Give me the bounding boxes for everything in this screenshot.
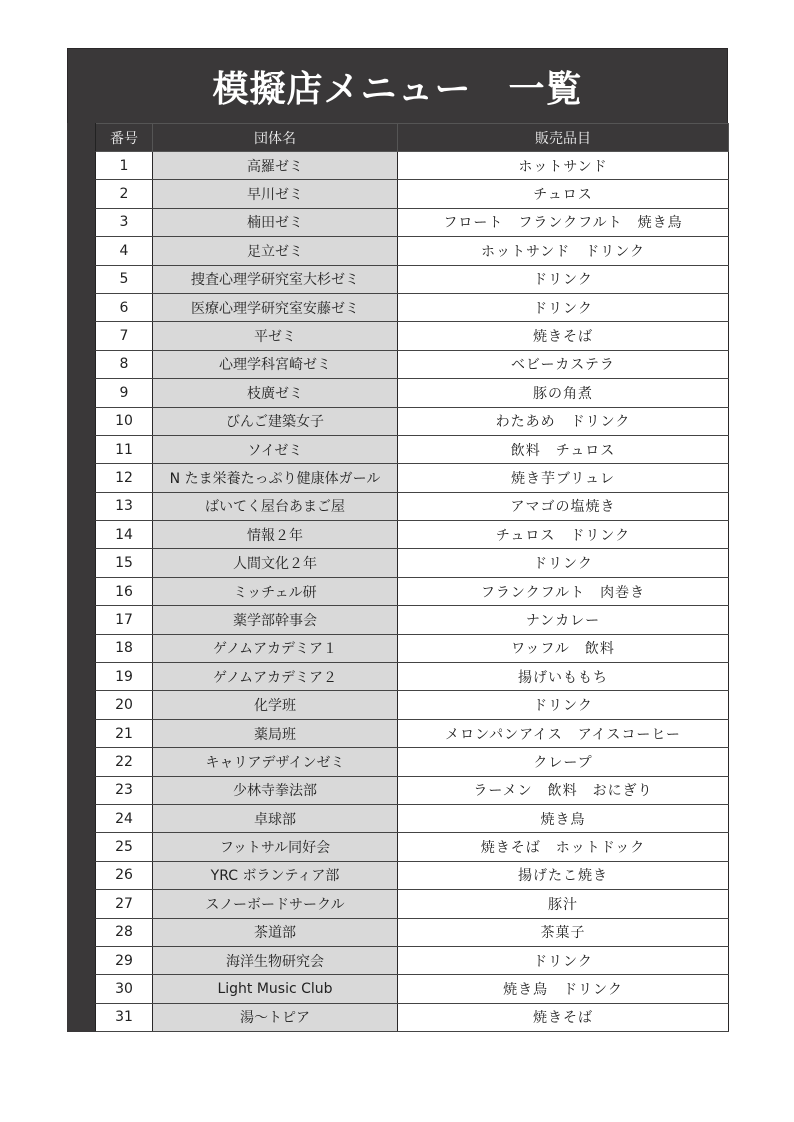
row-gutter <box>68 918 96 946</box>
row-gutter <box>68 492 96 520</box>
row-number: 23 <box>96 776 153 804</box>
sale-items: ワッフル 飲料 <box>398 634 729 662</box>
row-gutter <box>68 180 96 208</box>
group-name: 枝廣ゼミ <box>153 379 398 407</box>
group-name: ばいてく屋台あまご屋 <box>153 492 398 520</box>
row-gutter <box>68 577 96 605</box>
row-gutter <box>68 634 96 662</box>
group-name: 茶道部 <box>153 918 398 946</box>
table-row: 6医療心理学研究室安藤ゼミドリンク <box>68 293 729 321</box>
group-name: ゲノムアカデミア１ <box>153 634 398 662</box>
row-gutter <box>68 435 96 463</box>
row-number: 2 <box>96 180 153 208</box>
sale-items: ホットサンド ドリンク <box>398 237 729 265</box>
row-gutter <box>68 464 96 492</box>
header-items: 販売品目 <box>398 124 729 152</box>
sale-items: 焼きそば <box>398 322 729 350</box>
group-name: YRC ボランティア部 <box>153 861 398 889</box>
table-row: 25フットサル同好会焼きそば ホットドック <box>68 833 729 861</box>
row-number: 24 <box>96 804 153 832</box>
row-gutter <box>68 549 96 577</box>
row-gutter <box>68 152 96 180</box>
row-number: 22 <box>96 748 153 776</box>
sale-items: 焼き鳥 ドリンク <box>398 975 729 1003</box>
group-name: キャリアデザインゼミ <box>153 748 398 776</box>
group-name: 少林寺拳法部 <box>153 776 398 804</box>
table-row: 23少林寺拳法部ラーメン 飲料 おにぎり <box>68 776 729 804</box>
row-number: 16 <box>96 577 153 605</box>
row-gutter <box>68 606 96 634</box>
group-name: 足立ゼミ <box>153 237 398 265</box>
table-row: 22キャリアデザインゼミクレープ <box>68 748 729 776</box>
group-name: 高羅ゼミ <box>153 152 398 180</box>
row-number: 17 <box>96 606 153 634</box>
group-name: スノーボードサークル <box>153 890 398 918</box>
group-name: 心理学科宮崎ゼミ <box>153 350 398 378</box>
row-number: 19 <box>96 663 153 691</box>
sale-items: ベビーカステラ <box>398 350 729 378</box>
title-band: 模擬店メニュー 一覧 <box>67 48 728 123</box>
row-number: 10 <box>96 407 153 435</box>
header-number: 番号 <box>96 124 153 152</box>
row-gutter <box>68 719 96 747</box>
group-name: 平ゼミ <box>153 322 398 350</box>
table-row: 29海洋生物研究会ドリンク <box>68 946 729 974</box>
row-number: 9 <box>96 379 153 407</box>
group-name: 化学班 <box>153 691 398 719</box>
table-row: 19ゲノムアカデミア２揚げいももち <box>68 663 729 691</box>
table-row: 26YRC ボランティア部揚げたこ焼き <box>68 861 729 889</box>
row-number: 18 <box>96 634 153 662</box>
row-number: 31 <box>96 1003 153 1031</box>
row-gutter <box>68 946 96 974</box>
group-name: 楠田ゼミ <box>153 208 398 236</box>
group-name: 卓球部 <box>153 804 398 832</box>
row-gutter <box>68 833 96 861</box>
table-row: 15人間文化２年ドリンク <box>68 549 729 577</box>
row-number: 3 <box>96 208 153 236</box>
row-number: 27 <box>96 890 153 918</box>
row-number: 1 <box>96 152 153 180</box>
sale-items: 茶菓子 <box>398 918 729 946</box>
row-gutter <box>68 407 96 435</box>
sale-items: メロンパンアイス アイスコーヒー <box>398 719 729 747</box>
page-title: 模擬店メニュー 一覧 <box>212 61 582 112</box>
table-row: 17薬学部幹事会ナンカレー <box>68 606 729 634</box>
group-name: 早川ゼミ <box>153 180 398 208</box>
table-row: 4足立ゼミホットサンド ドリンク <box>68 237 729 265</box>
row-gutter <box>68 663 96 691</box>
row-number: 30 <box>96 975 153 1003</box>
sale-items: ドリンク <box>398 946 729 974</box>
group-name: 医療心理学研究室安藤ゼミ <box>153 293 398 321</box>
sale-items: フランクフルト 肉巻き <box>398 577 729 605</box>
row-gutter <box>68 748 96 776</box>
row-gutter <box>68 237 96 265</box>
row-gutter <box>68 1003 96 1031</box>
group-name: Light Music Club <box>153 975 398 1003</box>
header-group: 団体名 <box>153 124 398 152</box>
row-number: 7 <box>96 322 153 350</box>
row-number: 4 <box>96 237 153 265</box>
table-row: 27スノーボードサークル豚汁 <box>68 890 729 918</box>
sale-items: アマゴの塩焼き <box>398 492 729 520</box>
row-number: 26 <box>96 861 153 889</box>
sale-items: ドリンク <box>398 691 729 719</box>
table-row: 31湯～トピア焼きそば <box>68 1003 729 1031</box>
group-name: 捜査心理学研究室大杉ゼミ <box>153 265 398 293</box>
table-row: 5捜査心理学研究室大杉ゼミドリンク <box>68 265 729 293</box>
group-name: ソイゼミ <box>153 435 398 463</box>
sale-items: 焼きそば <box>398 1003 729 1031</box>
row-number: 20 <box>96 691 153 719</box>
row-gutter <box>68 265 96 293</box>
group-name: 薬局班 <box>153 719 398 747</box>
group-name: ゲノムアカデミア２ <box>153 663 398 691</box>
group-name: ミッチェル研 <box>153 577 398 605</box>
row-gutter <box>68 124 96 152</box>
row-gutter <box>68 208 96 236</box>
row-number: 11 <box>96 435 153 463</box>
sale-items: わたあめ ドリンク <box>398 407 729 435</box>
row-number: 5 <box>96 265 153 293</box>
row-number: 13 <box>96 492 153 520</box>
sale-items: フロート フランクフルト 焼き鳥 <box>398 208 729 236</box>
row-gutter <box>68 322 96 350</box>
sale-items: 焼きそば ホットドック <box>398 833 729 861</box>
table-row: 1高羅ゼミホットサンド <box>68 152 729 180</box>
sale-items: クレープ <box>398 748 729 776</box>
table-row: 28茶道部茶菓子 <box>68 918 729 946</box>
row-gutter <box>68 379 96 407</box>
sale-items: 焼き芋ブリュレ <box>398 464 729 492</box>
group-name: 人間文化２年 <box>153 549 398 577</box>
sale-items: ナンカレー <box>398 606 729 634</box>
row-number: 21 <box>96 719 153 747</box>
header-row: 番号 団体名 販売品目 <box>68 124 729 152</box>
row-number: 25 <box>96 833 153 861</box>
sale-items: ドリンク <box>398 293 729 321</box>
row-gutter <box>68 804 96 832</box>
menu-sheet: 模擬店メニュー 一覧 番号 団体名 販売品目 1高羅ゼミホットサンド2早川ゼミチ… <box>67 48 728 1032</box>
table-row: 8心理学科宮崎ゼミベビーカステラ <box>68 350 729 378</box>
row-gutter <box>68 521 96 549</box>
row-gutter <box>68 350 96 378</box>
table-row: 12N たま栄養たっぷり健康体ガール焼き芋ブリュレ <box>68 464 729 492</box>
table-row: 18ゲノムアカデミア１ワッフル 飲料 <box>68 634 729 662</box>
sale-items: 豚汁 <box>398 890 729 918</box>
row-number: 12 <box>96 464 153 492</box>
table-row: 24卓球部焼き鳥 <box>68 804 729 832</box>
table-row: 13ばいてく屋台あまご屋アマゴの塩焼き <box>68 492 729 520</box>
row-number: 28 <box>96 918 153 946</box>
row-gutter <box>68 293 96 321</box>
sale-items: ホットサンド <box>398 152 729 180</box>
sale-items: 豚の角煮 <box>398 379 729 407</box>
table-row: 16ミッチェル研フランクフルト 肉巻き <box>68 577 729 605</box>
row-number: 15 <box>96 549 153 577</box>
row-gutter <box>68 890 96 918</box>
table-row: 2早川ゼミチュロス <box>68 180 729 208</box>
row-number: 8 <box>96 350 153 378</box>
table-row: 10びんご建築女子わたあめ ドリンク <box>68 407 729 435</box>
group-name: フットサル同好会 <box>153 833 398 861</box>
row-gutter <box>68 776 96 804</box>
table-row: 20化学班ドリンク <box>68 691 729 719</box>
group-name: 情報２年 <box>153 521 398 549</box>
group-name: びんご建築女子 <box>153 407 398 435</box>
table-row: 21薬局班メロンパンアイス アイスコーヒー <box>68 719 729 747</box>
row-number: 6 <box>96 293 153 321</box>
table-row: 14情報２年チュロス ドリンク <box>68 521 729 549</box>
group-name: 海洋生物研究会 <box>153 946 398 974</box>
group-name: N たま栄養たっぷり健康体ガール <box>153 464 398 492</box>
sale-items: 揚げいももち <box>398 663 729 691</box>
sale-items: ドリンク <box>398 549 729 577</box>
row-gutter <box>68 861 96 889</box>
table-row: 30Light Music Club焼き鳥 ドリンク <box>68 975 729 1003</box>
sale-items: チュロス ドリンク <box>398 521 729 549</box>
row-gutter <box>68 975 96 1003</box>
sale-items: 焼き鳥 <box>398 804 729 832</box>
row-number: 14 <box>96 521 153 549</box>
sale-items: チュロス <box>398 180 729 208</box>
table-row: 3楠田ゼミフロート フランクフルト 焼き鳥 <box>68 208 729 236</box>
sale-items: 飲料 チュロス <box>398 435 729 463</box>
sale-items: ラーメン 飲料 おにぎり <box>398 776 729 804</box>
table-row: 7平ゼミ焼きそば <box>68 322 729 350</box>
row-gutter <box>68 691 96 719</box>
menu-table: 番号 団体名 販売品目 1高羅ゼミホットサンド2早川ゼミチュロス3楠田ゼミフロー… <box>67 123 729 1032</box>
row-number: 29 <box>96 946 153 974</box>
sale-items: ドリンク <box>398 265 729 293</box>
sale-items: 揚げたこ焼き <box>398 861 729 889</box>
group-name: 薬学部幹事会 <box>153 606 398 634</box>
table-row: 9枝廣ゼミ豚の角煮 <box>68 379 729 407</box>
table-row: 11ソイゼミ飲料 チュロス <box>68 435 729 463</box>
group-name: 湯～トピア <box>153 1003 398 1031</box>
